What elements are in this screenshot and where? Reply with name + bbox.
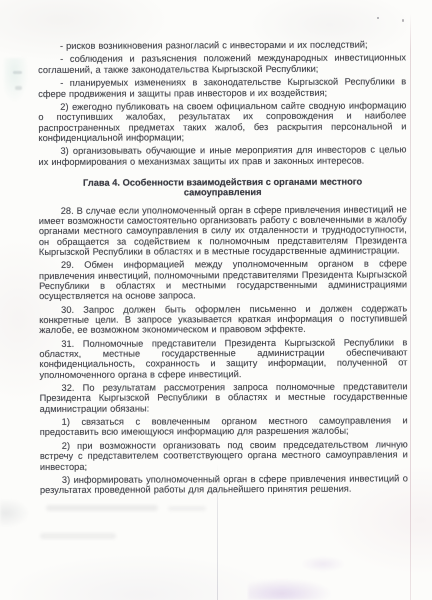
paragraph-32: 32. По результатам рассмотрения запроса … <box>39 382 407 414</box>
scan-smudge <box>0 498 30 528</box>
bleed-through-text <box>168 506 206 511</box>
dash-item: - соблюдения и разъяснения положений меж… <box>38 53 406 75</box>
numbered-item: 3) информировать уполномоченный орган в … <box>40 473 408 495</box>
paragraph-28: 28. В случае если уполномоченный орган в… <box>39 204 407 257</box>
bleed-through-text <box>46 505 158 511</box>
scan-speck <box>13 71 22 74</box>
numbered-item: 2) ежегодно публиковать на своем официал… <box>38 100 406 143</box>
scan-speck <box>377 17 379 19</box>
chapter-heading: Глава 4. Особенности взаимодействия с ор… <box>72 177 374 199</box>
numbered-item: 3) организовывать обучающие и иные мероп… <box>38 145 406 167</box>
paragraph-29: 29. Обмен информацией между уполномоченн… <box>39 259 407 302</box>
scan-speck <box>402 19 404 22</box>
paragraph-30: 30. Запрос должен быть оформлен письменн… <box>39 303 407 335</box>
paragraph-31: 31. Полномочные представители Президента… <box>39 337 407 380</box>
scan-smudge <box>4 58 30 106</box>
bleed-through-text <box>40 533 116 539</box>
dash-item: - планируемых изменениях в законодательс… <box>38 77 406 99</box>
dash-item: - рисков возникновения разногласий с инв… <box>38 39 406 51</box>
document-body: - рисков возникновения разногласий с инв… <box>38 39 408 498</box>
ink-blotch <box>248 578 333 600</box>
page-edge-line <box>410 14 411 600</box>
ink-blotch <box>300 556 346 572</box>
scan-speck <box>15 86 22 90</box>
numbered-item: 2) при возможности организовать под свои… <box>40 439 408 471</box>
scanned-document-page: { "page": { "kind": "scanned legal docum… <box>0 0 432 600</box>
numbered-item: 1) связаться с вовлеченным органом местн… <box>40 416 408 438</box>
